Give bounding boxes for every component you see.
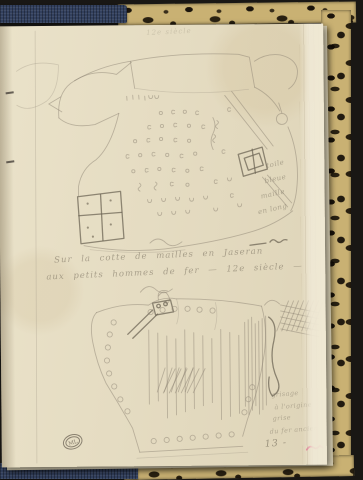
riveted-plate-detail (78, 191, 124, 243)
red-check-mark (307, 446, 323, 450)
chainmail-shirt-sketch (16, 53, 299, 253)
navy-binding-band-top (0, 5, 127, 23)
buckle-detail (238, 147, 267, 176)
pencil-sketches: ML (0, 24, 327, 468)
sketchbook-page: ML 12e siècle Sur la cotte de mailles en… (0, 24, 327, 468)
rivet-circles (104, 306, 255, 445)
bottom-number: 13 - (264, 437, 287, 450)
museum-stamp: ML (61, 432, 83, 451)
page-crease (5, 31, 39, 463)
bottom-note-line: à l'origine (274, 400, 312, 411)
stamp-text: ML (68, 439, 79, 448)
bottom-note-line: grise (272, 413, 291, 422)
photograph-of-sketchbook: ML 12e siècle Sur la cotte de mailles en… (0, 0, 363, 480)
hanging-strap-detail (264, 300, 280, 396)
chainmail-ring-marks (125, 94, 241, 216)
shoulder-strap-detail (127, 300, 173, 338)
